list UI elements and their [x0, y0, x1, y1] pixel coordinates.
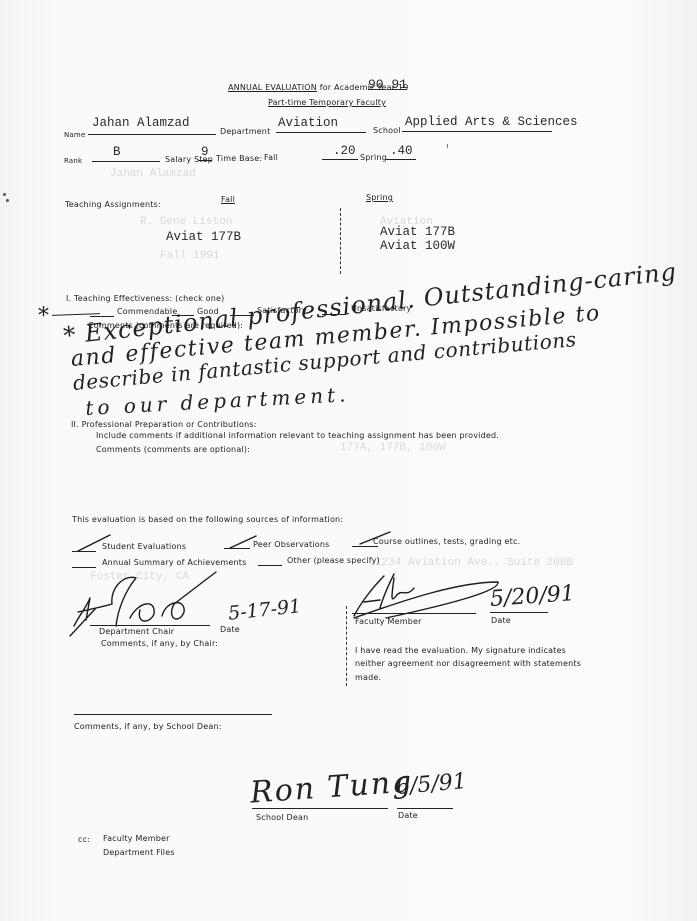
faculty-label: Faculty Member [355, 617, 422, 626]
bleed-through-text: R. Gene Liston [140, 216, 232, 228]
section2-heading: II. Professional Preparation or Contribu… [71, 420, 257, 429]
department-label: Department [220, 127, 270, 136]
section2-instruction: Include comments if additional informati… [96, 431, 499, 440]
chair-signature-line [90, 625, 210, 626]
dean-date-label: Date [398, 811, 418, 820]
column-divider [340, 208, 341, 274]
dean-date-value: 6/5/91 [395, 769, 468, 800]
spring-header: Spring [366, 193, 393, 202]
stray-mark [447, 144, 448, 148]
salary-step-underline [198, 160, 212, 161]
chair-date-label: Date [220, 625, 240, 634]
spring-time-base-value[interactable]: .40 [390, 144, 413, 158]
faculty-divider [346, 606, 347, 686]
salary-step-value[interactable]: 9 [201, 145, 209, 159]
faculty-statement-0: I have read the evaluation. My signature… [355, 646, 566, 655]
source-student-evaluations[interactable]: Student Evaluations [102, 542, 186, 551]
name-underline [88, 134, 216, 135]
faculty-statement-1: neither agreement nor disagreement with … [355, 659, 581, 668]
cc-recipient-0: Faculty Member [103, 834, 170, 843]
rank-underline [92, 161, 160, 162]
academic-year: 90_91 [368, 77, 407, 92]
time-base-label: Time Base: [216, 154, 262, 163]
faculty-signature-line [352, 613, 476, 614]
cc-recipient-1: Department Files [103, 848, 175, 857]
fall-header: Fall [221, 195, 235, 204]
dean-date-line [397, 808, 453, 809]
bleed-through-text: 177A, 177B, 100W [340, 442, 446, 454]
chair-label: Department Chair [99, 627, 174, 636]
bleed-through-text: Jahan Alamzad [110, 168, 196, 180]
school-value[interactable]: Applied Arts & Sciences [405, 115, 578, 129]
fall-time-base-value[interactable]: .20 [333, 144, 356, 158]
section1-heading: I. Teaching Effectiveness: (check one) [66, 294, 224, 303]
department-underline [276, 132, 366, 133]
other-blank[interactable] [258, 565, 282, 566]
bleed-through-text: Fall 1991 [160, 250, 219, 262]
sources-intro: This evaluation is based on the followin… [72, 515, 343, 524]
year-start: 90 [368, 77, 384, 92]
source-annual-summary[interactable]: Annual Summary of Achievements [102, 558, 247, 567]
faculty-statement-2: made. [355, 673, 381, 682]
department-value[interactable]: Aviation [278, 116, 338, 130]
faculty-date-value: 5/20/91 [489, 581, 575, 612]
title-main: ANNUAL EVALUATION [228, 83, 317, 92]
name-label: Name [64, 131, 85, 139]
stray-mark [6, 199, 9, 202]
name-value[interactable]: Jahan Alamzad [92, 116, 190, 130]
spring-course-0: Aviat 177B [380, 225, 455, 239]
faculty-date-label: Date [491, 616, 511, 625]
rank-label: Rank [64, 157, 82, 165]
teaching-assignments-label: Teaching Assignments: [65, 200, 161, 209]
spring-label: Spring [360, 153, 387, 162]
dean-label: School Dean [256, 813, 308, 822]
chair-comments-label: Comments, if any, by Chair: [101, 639, 218, 648]
stray-mark [3, 193, 6, 196]
school-label: School [373, 126, 401, 135]
source-peer-observations[interactable]: Peer Observations [253, 540, 330, 549]
fall-label: Fall [264, 153, 278, 162]
faculty-date-line [490, 612, 548, 613]
year-end: 91 [391, 77, 407, 92]
document-page: Jahan Alamzad R. Gene Liston Fall 1991 A… [0, 0, 697, 921]
spring-course-1: Aviat 100W [380, 239, 455, 253]
dean-signature-line [252, 808, 388, 809]
dean-comments-label: Comments, if any, by School Dean: [74, 722, 222, 731]
source-course-outlines[interactable]: Course outlines, tests, grading etc. [373, 537, 520, 546]
school-underline [402, 131, 552, 132]
asterisk-mark: * [38, 304, 49, 329]
source-other[interactable]: Other (please specify) [287, 556, 380, 565]
rank-value[interactable]: B [113, 145, 121, 159]
fall-underline [322, 159, 358, 160]
spring-underline [386, 159, 416, 160]
dean-signature: Ron Tung [249, 764, 414, 810]
dean-comments-rule [74, 714, 272, 715]
comments-optional-label: Comments (comments are optional): [96, 445, 250, 454]
cc-label: cc: [78, 835, 90, 844]
fall-course-0: Aviat 177B [166, 230, 241, 244]
form-subtitle: Part-time Temporary Faculty [268, 98, 386, 107]
